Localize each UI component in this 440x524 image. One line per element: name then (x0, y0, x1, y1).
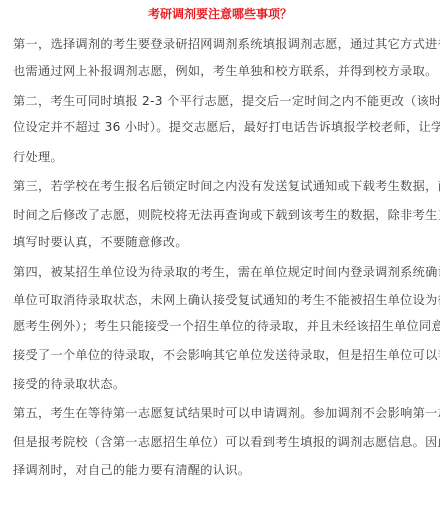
article-title: 考研调剂要注意哪些事项？ (0, 6, 440, 22)
paragraph-4-line-2: 单位可取消待录取状态，未网上确认接受复试通知的考生不能被招生单位设为待录取（一志 (13, 291, 433, 309)
paragraph-4-line-5: 接受的待录取状态。 (13, 375, 433, 393)
paragraph-3-line-2: 时间之后修改了志愿，则院校将无法再查询或下载到该考生的数据，除非考生又修改志愿。 (13, 206, 433, 224)
paragraph-4-line-3: 愿考生例外）；考生只能接受一个招生单位的待录取，并且未经该招生单位同意，不能更改… (13, 317, 433, 335)
paragraph-1-line-2: 也需通过网上补报调剂志愿，例如，考生单独和校方联系，并得到校方录取。 (13, 62, 433, 80)
paragraph-2-line-2: 位设定并不超过 36 小时）。提交志愿后，最好打电话告诉填报学校老师，让学校可及… (13, 118, 433, 136)
paragraph-2-line-3: 行处理。 (13, 148, 433, 166)
paragraph-5-line-2: 但是报考院校（含第一志愿招生单位）可以看到考生填报的调剂志愿信息。因此，考研人选 (13, 433, 433, 451)
paragraph-4-line-1: 第四，被某招生单位设为待录取的考生，需在单位规定时间内登录调剂系统确认，否则招生 (13, 263, 433, 281)
paragraph-5-line-1: 第五，考生在等待第一志愿复试结果时可以申请调剂。参加调剂不会影响第一志愿的录取， (13, 404, 433, 422)
paragraph-1-line-1: 第一，选择调剂的考生要登录研招网调剂系统填报调剂志愿，通过其它方式进行调剂的考生 (13, 35, 433, 53)
paragraph-4-line-4: 接受了一个单位的待录取，不会影响其它单位发送待录取，但是招生单位可以看到考生已经 (13, 346, 433, 364)
article: 考研调剂要注意哪些事项？ 第一，选择调剂的考生要登录研招网调剂系统填报调剂志愿，… (0, 0, 440, 524)
paragraph-3-line-3: 填写时要认真，不要随意修改。 (13, 233, 433, 251)
paragraph-2-line-1: 第二，考生可同时填报 2-3 个平行志愿，提交后一定时间之内不能更改（该时间由招… (13, 92, 433, 110)
paragraph-5-line-3: 择调剂时，对自己的能力要有清醒的认识。 (13, 461, 433, 479)
paragraph-3-line-1: 第三，若学校在考生报名后锁定时间之内没有发送复试通知或下载考生数据，而考生在锁定 (13, 177, 433, 195)
